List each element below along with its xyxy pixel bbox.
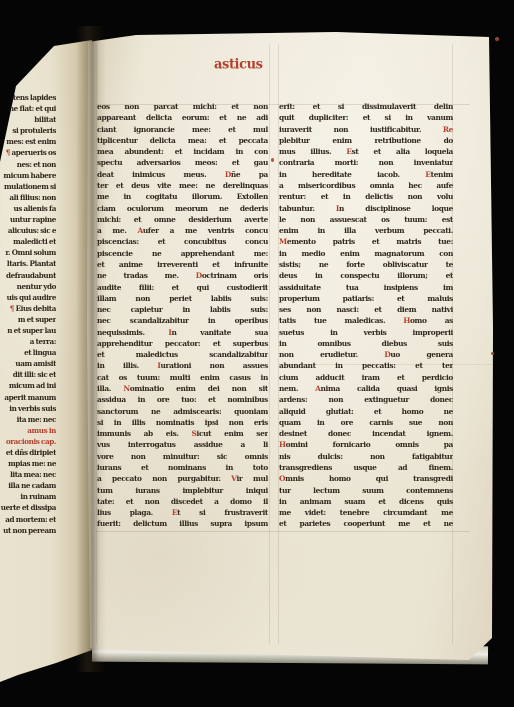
left-page-text-column: ittens lapides inne flat: et qui conbili… xyxy=(0,92,56,536)
manuscript-text-line: contraria morti: non inveniatur xyxy=(279,157,453,168)
manuscript-text-line: defraudabunt xyxy=(0,270,56,281)
manuscript-text-line: uam amisit xyxy=(0,358,56,369)
manuscript-text-line: tur lectum suum contemnens xyxy=(279,485,453,496)
manuscript-text-line: uerte et dissipa xyxy=(0,502,56,513)
text-column-left: eos non parcat michi: et nonappareant de… xyxy=(97,101,268,530)
manuscript-text-line: ses non nasci: et diem nativi xyxy=(279,304,453,315)
manuscript-text-line: me in cogitatu illorum. Extollen xyxy=(97,191,268,202)
manuscript-text-line: sistis; ne forte obliviscatur te xyxy=(279,259,453,270)
manuscript-text-line: dit illi: sic et xyxy=(0,369,56,380)
manuscript-text-line: non erudietur. Duo genera xyxy=(279,349,453,360)
corner-ink-speck xyxy=(495,37,499,41)
manuscript-text-line: nentur ydo xyxy=(0,281,56,292)
manuscript-text-line: eos non parcat michi: et non xyxy=(97,101,268,112)
manuscript-text-line: iuraverit non iustificabitur. Re xyxy=(279,124,453,135)
manuscript-text-line: a misericordibus omnia hec aufe xyxy=(279,180,453,191)
manuscript-text-line: quit dupliciter: et si in vanum xyxy=(279,112,453,123)
manuscript-text-line: mulationem si xyxy=(0,181,56,192)
manuscript-text-line: mpias me: ne xyxy=(0,458,56,469)
manuscript-text-line: tiplicentur delicta mea: et peccata xyxy=(97,135,268,146)
manuscript-text-line: ardens: non extinguetur donec xyxy=(279,394,453,405)
manuscript-text-line: ut non peream xyxy=(0,525,56,536)
manuscript-text-line: mes: est enim egres xyxy=(0,136,56,147)
manuscript-text-line: tatis tue maledicas. Homo as xyxy=(279,315,453,326)
manuscript-text-line: ciam oculorum meorum ne dederis xyxy=(97,203,268,214)
manuscript-text-line: Memento patris et matris tue: xyxy=(279,236,453,247)
manuscript-text-line: mus illius. Est et alia loquela xyxy=(279,146,453,157)
manuscript-text-line: plebitur enim retributione do xyxy=(279,135,453,146)
manuscript-text-line: nec capietur in labiis suis: xyxy=(97,304,268,315)
manuscript-text-line: in omnibus diebus suis xyxy=(279,338,453,349)
manuscript-text-line: aperit manum xyxy=(0,392,56,403)
manuscript-text-line: a peccato non purgabitur. Vir mul xyxy=(97,473,268,484)
manuscript-text-line: uis qui audire xyxy=(0,292,56,303)
manuscript-text-line: et maledictus scandalizabitur xyxy=(97,349,268,360)
manuscript-text-line: nis dulcis: non fatigabitur xyxy=(279,451,453,462)
manuscript-text-line: ¶ Eius debita xyxy=(0,303,56,314)
manuscript-text-line: nem. Anima calida quasi ignis xyxy=(279,383,453,394)
manuscript-text-line: properium patiaris: et maluis xyxy=(279,293,453,304)
manuscript-text-line: cium adducit iram et perdicio xyxy=(279,372,453,383)
manuscript-text-line: n et super lau xyxy=(0,325,56,336)
manuscript-text-line: assiduitate tua insipiens im xyxy=(279,282,453,293)
manuscript-text-line: in ruinam meam xyxy=(0,491,56,502)
manuscript-text-line: illa ne cadam xyxy=(0,480,56,491)
manuscript-text-line: nec scandalizabitur in operibus xyxy=(97,315,268,326)
manuscript-text-line: assidua in ore tuo: et nominibus xyxy=(97,394,268,405)
manuscript-text-line: transgrediens usque ad finem. xyxy=(279,462,453,473)
manuscript-text-line: lita mea: nec xyxy=(0,469,56,480)
manuscript-text-line: vore non minuitur: sic omnis xyxy=(97,451,268,462)
manuscript-text-line: in hereditate iacob. Etenim xyxy=(279,169,453,180)
manuscript-text-line: nes: et non timebis xyxy=(0,159,56,170)
rubricated-text: Re xyxy=(443,125,453,134)
edge-ink-speck xyxy=(491,352,494,355)
manuscript-text-line: si in illis nominatis ipsi non eris xyxy=(97,417,268,428)
rubricated-text: H xyxy=(403,316,410,325)
manuscript-text-line: vus interrogatus assidue a li xyxy=(97,439,268,450)
manuscript-text-line: cat os tuum: multi enim casus in xyxy=(97,372,268,383)
manuscript-text-line: ali filius: non xyxy=(0,192,56,203)
manuscript-text-line: Homini fornicario omnis pa xyxy=(279,439,453,450)
manuscript-text-line: illam non periet labiis suis: xyxy=(97,293,268,304)
manuscript-text-line: desinet donec incendat ignem. xyxy=(279,428,453,439)
rubricated-text: oracionis cap. xyxy=(6,437,56,446)
manuscript-text-line: in medio enim magnatorum con xyxy=(279,248,453,259)
manuscript-text-line: spectu adversarios meos: et gau xyxy=(97,157,268,168)
manuscript-text-line: deat inimicus meus. Dñe pa xyxy=(97,169,268,180)
manuscript-text-line: tabuntur. In disciplinose loque xyxy=(279,203,453,214)
manuscript-text-line: maledicti et xyxy=(0,236,56,247)
manuscript-text-line: fuerit: delictum illius supra ipsum xyxy=(97,518,268,529)
manuscript-text-line: audite filii: et qui custodierit xyxy=(97,282,268,293)
manuscript-text-line: et anime irreverenti et infrunite xyxy=(97,259,268,270)
manuscript-text-line: rentur: et in delictis non volu xyxy=(279,191,453,202)
manuscript-text-line: illa. Nominatio enim dei non sit xyxy=(97,383,268,394)
manuscript-text-line: in verbis suis xyxy=(0,403,56,414)
manuscript-text-line: r. Omni solum xyxy=(0,247,56,258)
manuscript-text-line: ltaris. Plantat xyxy=(0,258,56,269)
manuscript-text-line: piscencie ne apprehendant me: xyxy=(97,248,268,259)
running-title: asticus xyxy=(214,56,263,72)
manuscript-text-line: nequissimis. In vanitate sua xyxy=(97,327,268,338)
manuscript-text-line: sanctorum ne admiscearis: quoniam xyxy=(97,406,268,417)
manuscript-text-line: us alienis fa xyxy=(0,203,56,214)
photo-backdrop: ittens lapides inne flat: et qui conbili… xyxy=(0,0,514,707)
manuscript-text-line: me videt: tenebre circumdant me xyxy=(279,507,453,518)
manuscript-text-line: lius plaga. Et si frustraverit xyxy=(97,507,268,518)
rubricated-text: H xyxy=(279,440,286,449)
manuscript-text-line: in animam suam et dicens quis xyxy=(279,496,453,507)
manuscript-text-line: Omnis homo qui transgredi xyxy=(279,473,453,484)
manuscript-text-line: piscencias: et concubitus concu xyxy=(97,236,268,247)
manuscript-text-line: si protuleris gla xyxy=(0,125,56,136)
manuscript-text-line: quam in ore carnis sue non xyxy=(279,417,453,428)
manuscript-text-line: deus in conspectu illorum; et xyxy=(279,270,453,281)
text-column-right: erit: et si dissimulaverit delinquit dup… xyxy=(279,101,453,530)
manuscript-text-line: erit: et si dissimulaverit delin xyxy=(279,101,453,112)
manuscript-text-line: aliquid glutiat: et homo ne xyxy=(279,406,453,417)
manuscript-text-line: micum ad ini xyxy=(0,380,56,391)
manuscript-text-line: suetus in verbis improperii xyxy=(279,327,453,338)
manuscript-text-line: m et super xyxy=(0,314,56,325)
manuscript-text-line: ita me: nec xyxy=(0,414,56,425)
manuscript-text-line: et parietes cooperiunt me et ne xyxy=(279,518,453,529)
manuscript-text-line: iurans et nominans in toto xyxy=(97,462,268,473)
manuscript-text-line: ad mortem: et xyxy=(0,514,56,525)
manuscript-text-line: untur rapine xyxy=(0,214,56,225)
manuscript-text-line: le non assuescat os tuum: est xyxy=(279,214,453,225)
manuscript-text-line: a me. Aufer a me ventris concu xyxy=(97,225,268,236)
manuscript-text-line: oracionis cap. xyxy=(0,436,56,447)
manuscript-text-line: tate: et non discedet a domo il xyxy=(97,496,268,507)
manuscript-text-line: michi: et omne desiderium averte xyxy=(97,214,268,225)
manuscript-text-line: appareant delicta eorum: et ne adi xyxy=(97,112,268,123)
manuscript-text-line: alicuius: sic e xyxy=(0,225,56,236)
manuscript-text-line: abundant in peccatis: et ter xyxy=(279,360,453,371)
manuscript-text-line: enim in illa verbum peccati. xyxy=(279,225,453,236)
manuscript-text-line: in illis. Iurationi non assues xyxy=(97,360,268,371)
manuscript-text-line: apprehenditur peccator: et superbus xyxy=(97,338,268,349)
manuscript-text-line: bilitat amiciciam xyxy=(0,114,56,125)
manuscript-text-line: ittens lapides in xyxy=(0,92,56,103)
marginal-red-mark xyxy=(271,158,274,162)
manuscript-text-line: a terra: turribus xyxy=(0,336,56,347)
manuscript-text-line: immunis ab eis. Sicut enim ser xyxy=(97,428,268,439)
rubricated-text: amus in ympnis xyxy=(27,426,56,436)
manuscript-text-line: ¶ aperueris os xyxy=(0,147,56,158)
manuscript-text-line: ne tradas me. Doctrinam oris xyxy=(97,270,268,281)
manuscript-text-line: tum iurans implebitur iniqui xyxy=(97,485,268,496)
rubricated-text: M xyxy=(279,237,287,246)
manuscript-text-line: et dñs diripiet xyxy=(0,447,56,458)
manuscript-text-line: amus in ympnis xyxy=(0,425,56,436)
manuscript-text-line: micum habere uis xyxy=(0,170,56,181)
text-block-ruling-line xyxy=(96,531,470,532)
column-ruling-line xyxy=(269,44,270,644)
manuscript-text-line: et lingua rumpit xyxy=(0,347,56,358)
manuscript-text-line: ciant ignorancie mee: et mul xyxy=(97,124,268,135)
manuscript-text-line: ne flat: et qui con xyxy=(0,103,56,114)
manuscript-text-line: ter et deus vite mee: ne derelinquas xyxy=(97,180,268,191)
manuscript-text-line: mea abundent: et incidam in con xyxy=(97,146,268,157)
